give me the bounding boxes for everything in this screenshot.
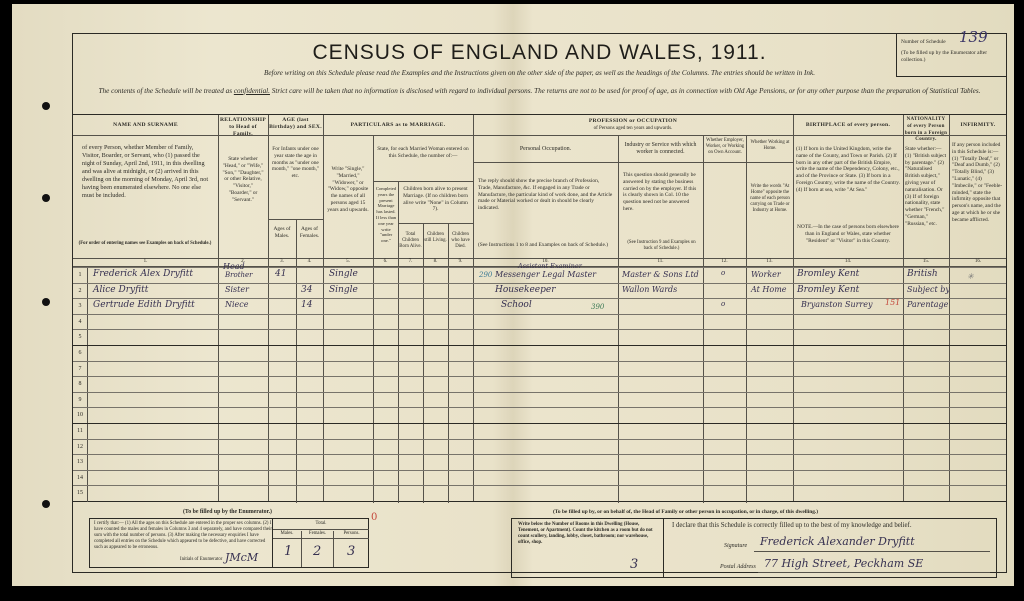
nationality-cell[interactable]: British — [907, 269, 938, 279]
red-check-mark: 0 — [371, 512, 377, 523]
table-row: 11 — [73, 423, 1006, 439]
total-persons[interactable]: 3 — [347, 544, 355, 559]
table-row: 6 — [73, 345, 1006, 361]
occupation-cell[interactable]: Housekeeper — [495, 285, 556, 295]
enumerator-box: I certify that:— (1) All the ages on thi… — [89, 518, 369, 568]
table-row: 10 — [73, 407, 1006, 423]
table-row: 4 — [73, 314, 1006, 330]
schedule-number-box: Number of Schedule 139 (To be filled up … — [896, 34, 1006, 77]
name-cell[interactable]: Gertrude Edith Dryfitt — [93, 300, 195, 310]
postal-address[interactable]: 77 High Street, Peckham SE — [764, 557, 923, 570]
birthplace-code: 151 — [885, 298, 900, 307]
instruction-line: Before writing on this Schedule please r… — [73, 69, 1006, 77]
employer-cell[interactable]: o — [721, 300, 725, 308]
enumerator-caption: (To be filled up by the Enumerator.) — [183, 509, 272, 515]
occupation-code: 390 — [591, 303, 604, 311]
nationality-cell[interactable]: Parentage — [907, 300, 948, 309]
header-marriage: PARTICULARS as to MARRIAGE. — [323, 121, 473, 130]
table-row: 14 — [73, 470, 1006, 486]
schedule-number: 139 — [959, 34, 988, 41]
name-cell[interactable]: Alice Dryfitt — [93, 285, 148, 295]
employer-cell[interactable]: o — [721, 269, 725, 277]
total-females[interactable]: 2 — [313, 544, 321, 559]
rooms-box: Write below the Number of Rooms in this … — [512, 519, 664, 577]
household-caption: (To be filled up by, or on behalf of, th… — [553, 509, 818, 515]
enumerator-initials[interactable]: JMcM — [225, 551, 258, 564]
marriage-cell[interactable]: Single — [329, 285, 358, 295]
age-female-cell[interactable]: 14 — [301, 300, 312, 310]
relationship-cell[interactable]: Sister — [225, 285, 249, 294]
punch-hole — [42, 500, 50, 508]
table-row: 1 Frederick Alex Dryfitt Head Brother 41… — [73, 267, 1006, 283]
name-cell[interactable]: Frederick Alex Dryfitt — [93, 269, 193, 279]
industry-cell[interactable]: Master & Sons Ltd — [622, 270, 699, 279]
entry-rows: 1 Frederick Alex Dryfitt Head Brother 41… — [73, 267, 1006, 502]
relationship-cell[interactable]: Head — [223, 262, 245, 271]
punch-hole — [42, 194, 50, 202]
totals-table: Total. Males. Females. Persons. 1 2 3 — [272, 519, 368, 567]
header-age: AGE (last Birthday) and SEX. — [268, 116, 323, 132]
household-box: Write below the Number of Rooms in this … — [511, 518, 997, 578]
nationality-cell[interactable]: Subject by — [907, 285, 950, 294]
birthplace-cell[interactable]: Bromley Kent — [797, 285, 859, 295]
occupation-code: 290 — [479, 271, 492, 279]
table-row: 13 — [73, 454, 1006, 470]
age-female-cell[interactable]: 34 — [301, 285, 312, 295]
header-nationality: NATIONALITY of every Person born in a Fo… — [903, 116, 949, 145]
home-cell[interactable]: At Home — [751, 285, 787, 294]
occupation-cell[interactable]: School — [501, 300, 532, 310]
schedule-frame: CENSUS OF ENGLAND AND WALES, 1911. Befor… — [72, 33, 1007, 573]
punch-hole — [42, 102, 50, 110]
header-infirmity: INFIRMITY. — [949, 121, 1007, 130]
occupation-cell[interactable]: Messenger Legal Master — [495, 270, 596, 279]
header-birthplace: BIRTHPLACE of every person. — [793, 121, 903, 130]
home-cell[interactable]: Worker — [751, 270, 781, 279]
total-males[interactable]: 1 — [284, 544, 292, 559]
table-row: 2 Alice Dryfitt Sister 34 Single Houseke… — [73, 283, 1006, 299]
marriage-cell[interactable]: Single — [329, 269, 358, 279]
age-male-cell[interactable]: 41 — [275, 269, 286, 279]
census-table: NAME AND SURNAME of every Person, whethe… — [73, 114, 1006, 502]
infirmity-mark: ✳ — [967, 272, 974, 281]
birthplace-cell[interactable]: Bryanston Surrey — [801, 300, 873, 309]
relationship-cell[interactable]: Niece — [225, 300, 249, 309]
signature[interactable]: Frederick Alexander Dryfitt — [760, 535, 915, 548]
punch-hole — [42, 298, 50, 306]
table-row: 5 — [73, 329, 1006, 345]
rooms-count[interactable]: 3 — [630, 557, 638, 572]
census-schedule-page: CENSUS OF ENGLAND AND WALES, 1911. Befor… — [12, 4, 1014, 586]
table-row: 7 — [73, 361, 1006, 377]
document-title: CENSUS OF ENGLAND AND WALES, 1911. — [73, 41, 1006, 65]
birthplace-cell[interactable]: Bromley Kent — [797, 269, 859, 279]
header-relationship: RELATIONSHIP to Head of Family. — [218, 116, 268, 138]
confidentiality-notice: The contents of the Schedule will be tre… — [81, 86, 998, 97]
header-name: NAME AND SURNAME — [73, 121, 218, 130]
table-row: 8 — [73, 376, 1006, 392]
table-row: 12 — [73, 439, 1006, 455]
table-row: 3 Gertrude Edith Dryfitt Niece 14 School… — [73, 298, 1006, 314]
industry-cell[interactable]: Wallon Wards — [622, 285, 677, 294]
table-row: 9 — [73, 392, 1006, 408]
table-row: 15 — [73, 485, 1006, 501]
declaration-text: I declare that this Schedule is correctl… — [672, 522, 912, 529]
